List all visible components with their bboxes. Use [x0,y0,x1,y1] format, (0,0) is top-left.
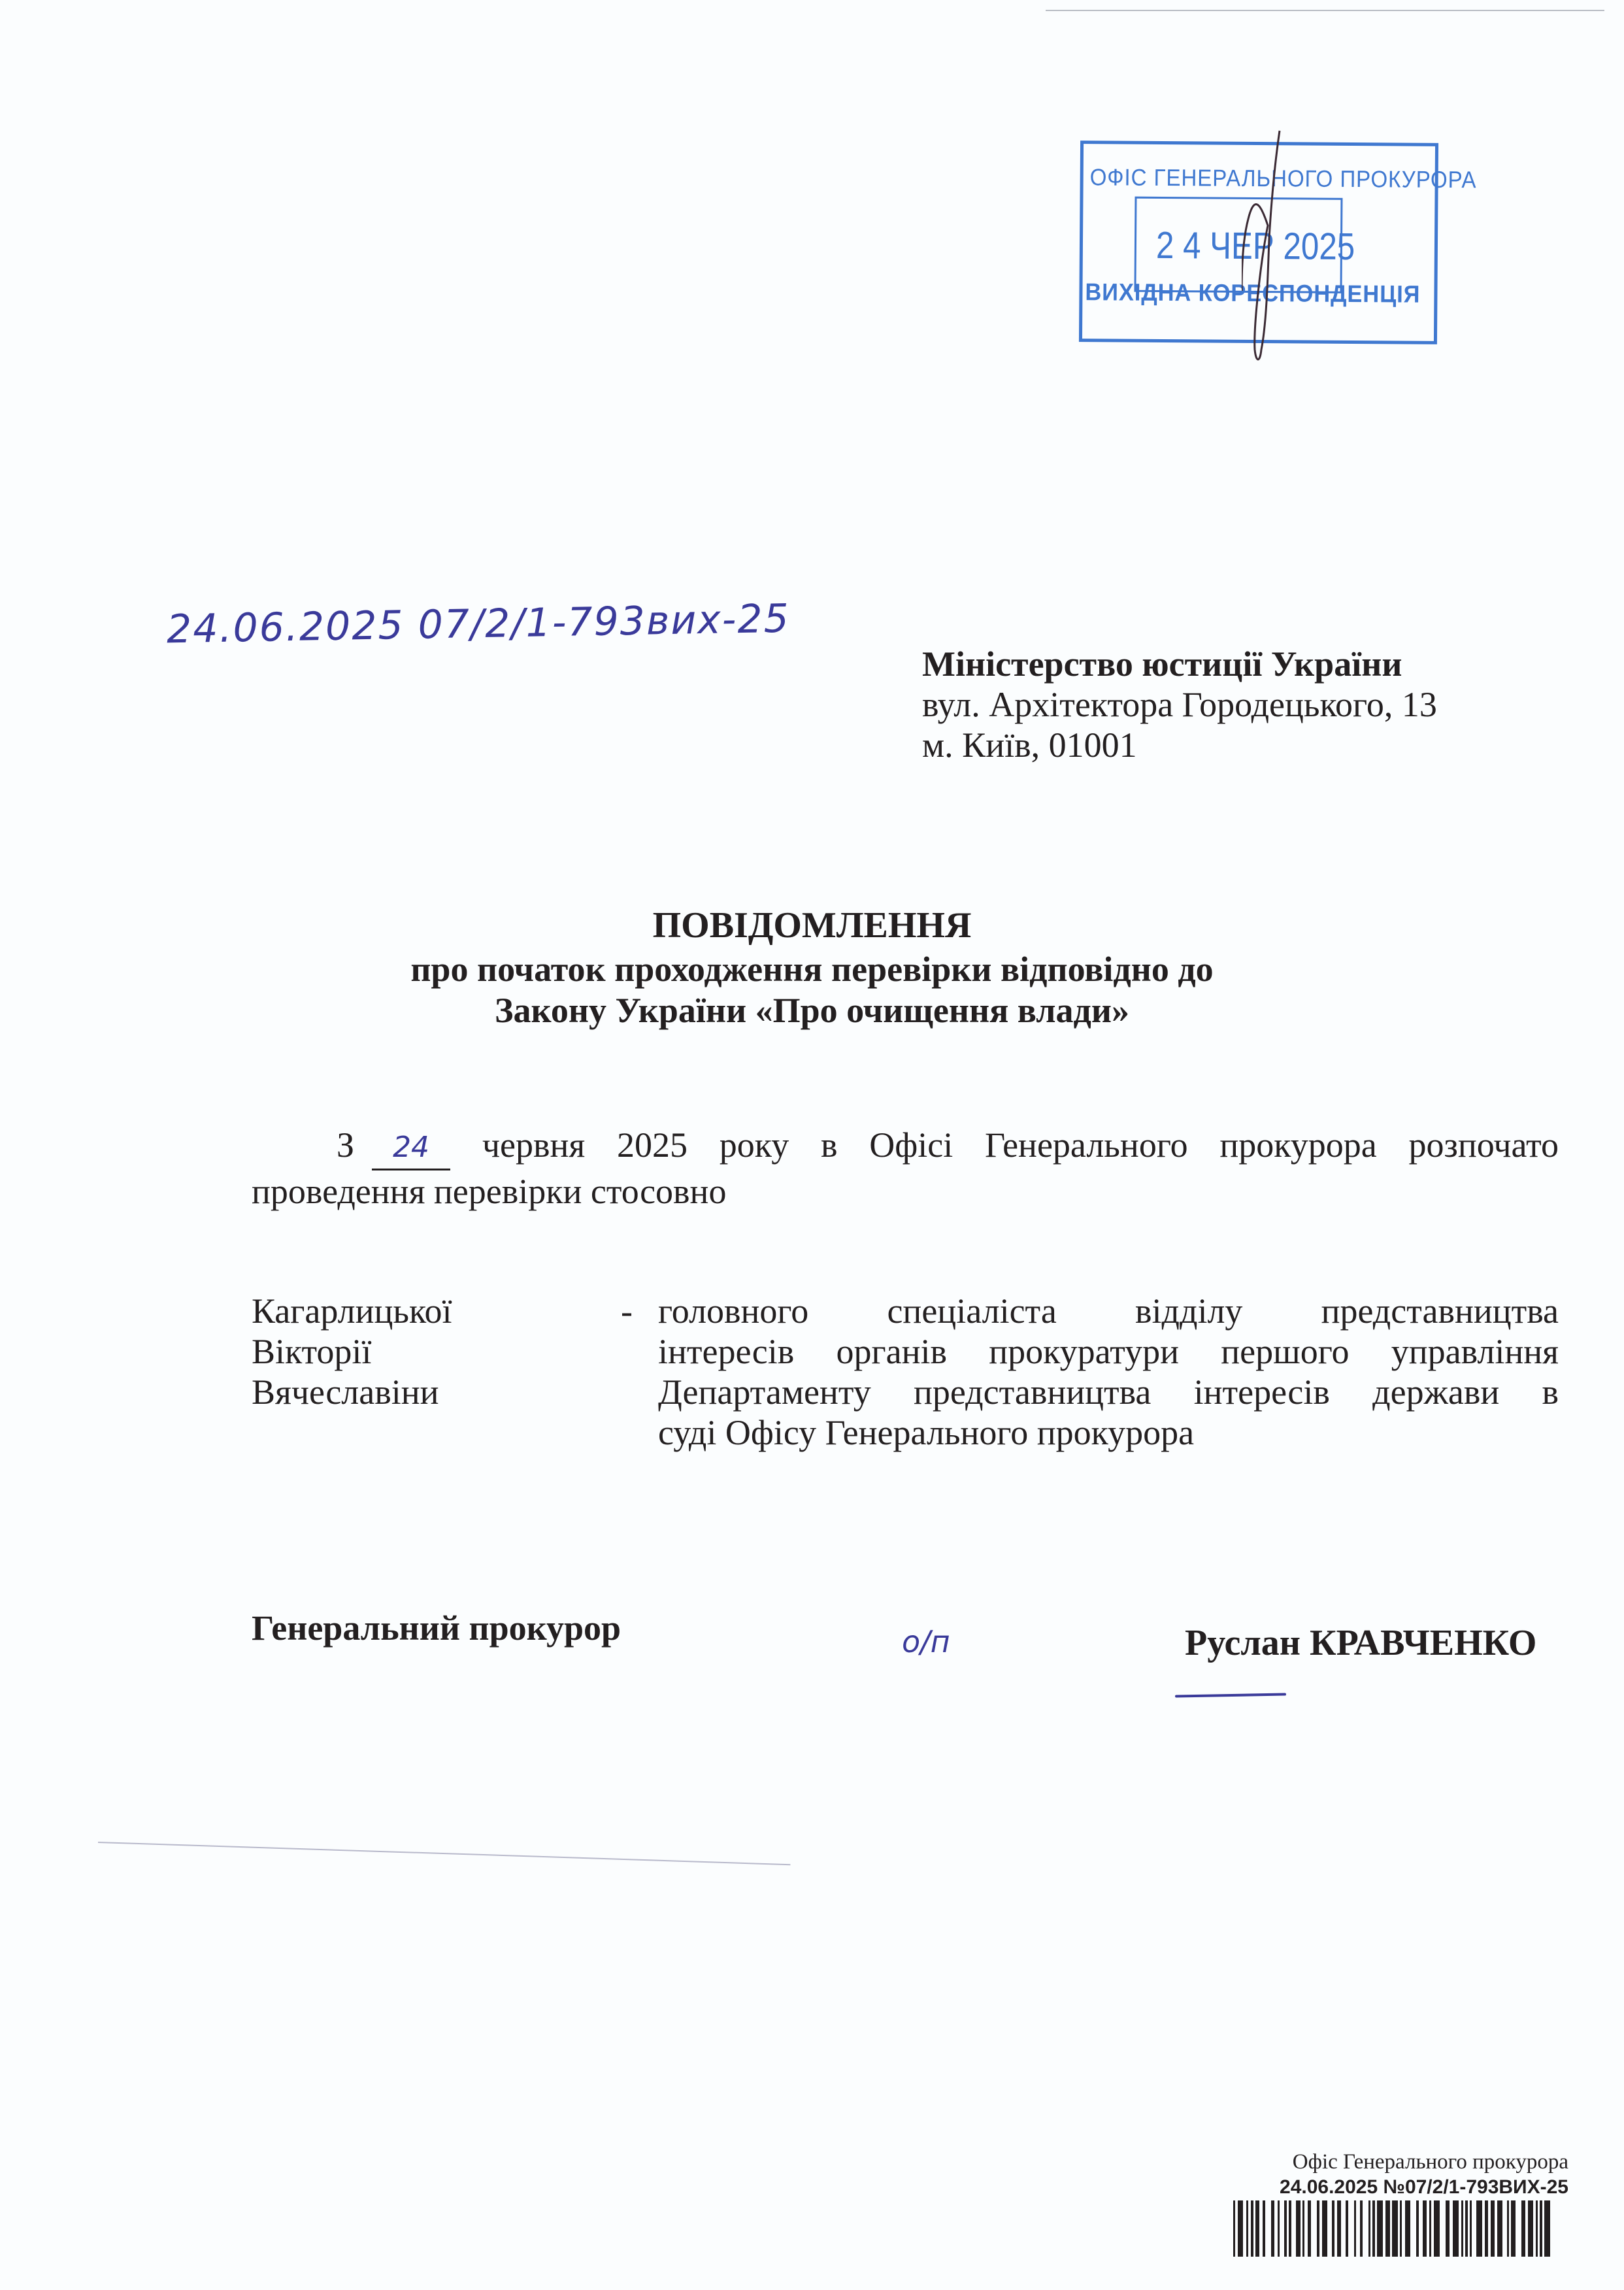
stamp-signature-icon [1242,127,1294,369]
barcode-bar [1322,2200,1328,2257]
position-line: головного спеціаліста відділу представни… [658,1291,1559,1331]
footer-organization: Офіс Генерального прокурора [1229,2149,1568,2175]
body-word: в [821,1124,838,1170]
barcode-bar [1434,2200,1440,2257]
body-word: розпочато [1409,1124,1559,1170]
person-patronymic: Вячеславіни [252,1372,513,1412]
barcode-bar [1238,2200,1244,2257]
body-word: 2025 [617,1124,688,1170]
body-word: Генерального [985,1124,1188,1170]
addressee-city: м. Київ, 01001 [922,725,1437,765]
person-first-name: Вікторії [252,1331,513,1372]
barcode-bar [1476,2200,1482,2257]
handwritten-day-field: 24 [372,1127,450,1170]
signature-underline [1175,1693,1286,1698]
body-word: червня [482,1124,585,1170]
barcode-bar [1544,2200,1550,2257]
person-surname: Кагарлицької [252,1291,513,1331]
addressee-block: Міністерство юстиції України вул. Архіте… [922,644,1437,765]
signatory-role: Генеральний прокурор [252,1608,621,1648]
addressee-organization: Міністерство юстиції України [922,644,1437,684]
signatory-name: Руслан КРАВЧЕНКО [1185,1622,1536,1664]
barcode-bar [1377,2200,1383,2257]
registration-footer: Офіс Генерального прокурора 24.06.2025 №… [1229,2149,1568,2200]
document-subtitle-line1: про початок проходження перевірки відпов… [0,949,1624,990]
position-line: Департаменту представництва інтересів де… [658,1372,1559,1412]
handwritten-registration-number: 24.06.2025 07/2/1-793вих-25 [166,596,790,653]
document-subtitle-line2: Закону України «Про очищення влади» [0,990,1624,1031]
barcode-gap [1440,2200,1446,2257]
position-line: інтересів органів прокуратури першого уп… [658,1331,1559,1372]
document-title-block: ПОВІДОМЛЕННЯ про початок проходження пер… [0,902,1624,1031]
person-name: Кагарлицької Вікторії Вячеславіни [252,1291,513,1412]
addressee-street: вул. Архітектора Городецького, 13 [922,684,1437,725]
barcode-bar [1528,2200,1534,2257]
barcode-gap [1311,2200,1317,2257]
barcode-gap [1410,2200,1416,2257]
barcode-bar [1453,2200,1459,2257]
barcode-gap [1348,2200,1354,2257]
barcode-gap [1291,2200,1297,2257]
scan-edge-line [1046,10,1604,11]
position-line: суді Офісу Генерального прокурора [658,1412,1559,1453]
separator-dash: - [621,1291,633,1331]
body-word: Офісі [869,1124,953,1170]
barcode-bar [1392,2200,1398,2257]
barcode-bar [1497,2200,1503,2257]
body-line-2: проведення перевірки стосовно [252,1170,1559,1212]
footer-registration-number: 24.06.2025 №07/2/1-793ВИХ-25 [1229,2175,1568,2200]
barcode-gap [1516,2200,1521,2257]
person-position: головного спеціаліста відділу представни… [658,1291,1559,1453]
barcode-gap [1265,2200,1271,2257]
barcode [1233,2200,1550,2257]
body-prefix: З 24 [337,1124,450,1170]
document-title: ПОВІДОМЛЕННЯ [0,902,1624,949]
handwritten-mark: о/п [902,1624,950,1659]
scan-artifact-line [98,1842,791,1865]
body-line-1: З 24 червня 2025 року в Офісі Генерально… [252,1124,1559,1170]
barcode-gap [1363,2200,1368,2257]
barcode-bar [1405,2200,1411,2257]
body-word: прокурора [1219,1124,1376,1170]
body-paragraph: З 24 червня 2025 року в Офісі Генерально… [252,1124,1559,1212]
body-word: року [720,1124,789,1170]
